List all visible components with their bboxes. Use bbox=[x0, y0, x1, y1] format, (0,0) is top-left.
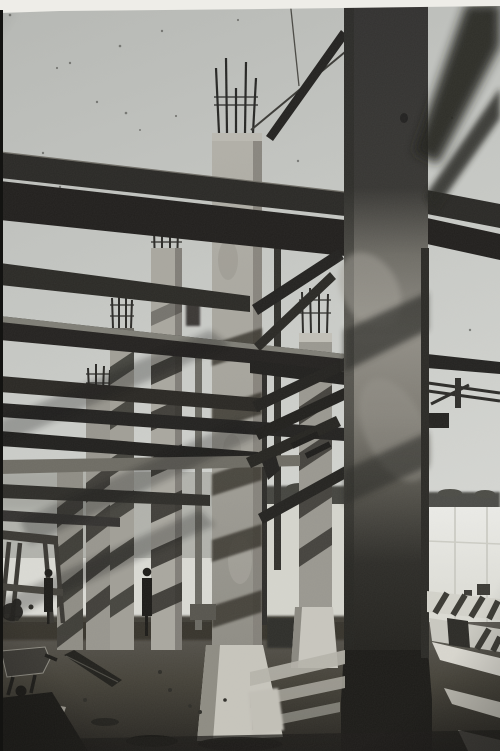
print-border-left bbox=[0, 10, 3, 751]
vignette bbox=[0, 0, 500, 751]
photo-canvas: Construction site photograph: reinforced… bbox=[0, 0, 500, 751]
photograph: Construction site photograph: reinforced… bbox=[0, 0, 500, 751]
